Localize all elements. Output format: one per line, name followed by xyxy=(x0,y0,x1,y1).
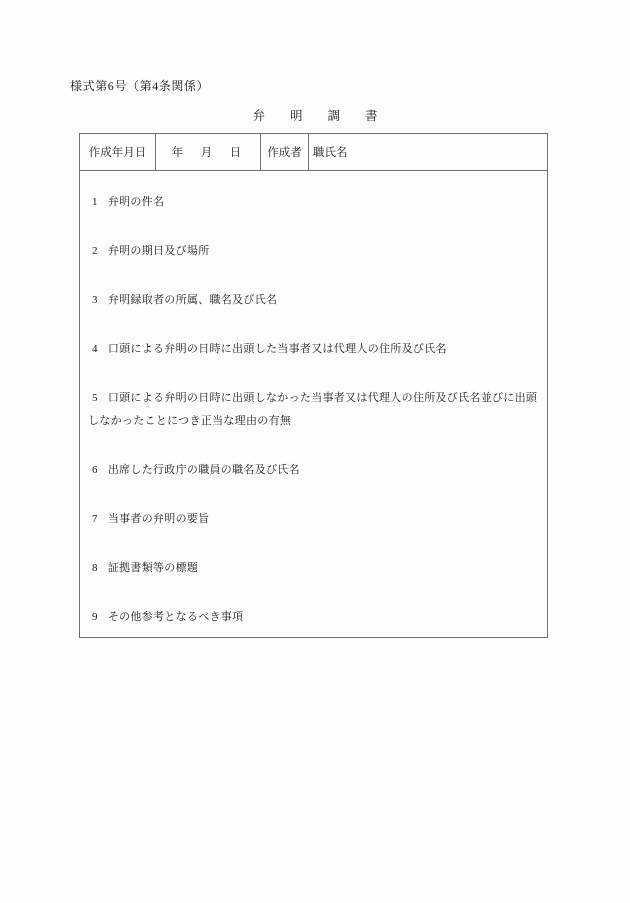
item-number: 9 xyxy=(92,611,98,623)
form-item-6: 6出席した行政庁の職員の職名及び氏名 xyxy=(88,459,541,482)
item-label: 弁明の期日及び場所 xyxy=(108,245,210,257)
form-item-5: 5口頭による弁明の日時に出頭しなかった当事者又は代理人の住所及び氏名並びに出頭し… xyxy=(88,387,541,433)
item-label: 出席した行政庁の職員の職名及び氏名 xyxy=(108,464,300,476)
document-title: 弁 明 調 書 xyxy=(0,106,630,124)
form-number-label: 様式第6号（第4条関係） xyxy=(70,77,209,94)
item-label: 弁明録取者の所属、職名及び氏名 xyxy=(108,294,278,306)
form-item-4: 4口頭による弁明の日時に出頭した当事者又は代理人の住所及び氏名 xyxy=(88,338,541,361)
item-number: 5 xyxy=(92,392,98,404)
item-label: 口頭による弁明の日時に出頭した当事者又は代理人の住所及び氏名 xyxy=(108,343,447,355)
form-item-7: 7当事者の弁明の要旨 xyxy=(88,508,541,531)
item-label: 当事者の弁明の要旨 xyxy=(108,513,210,525)
item-number: 3 xyxy=(92,294,98,306)
item-number: 4 xyxy=(92,343,98,355)
item-number: 1 xyxy=(92,196,98,208)
form-item-1: 1弁明の件名 xyxy=(88,191,541,214)
form-item-2: 2弁明の期日及び場所 xyxy=(88,240,541,263)
creator-label-cell: 作成者 xyxy=(261,134,309,170)
item-number: 8 xyxy=(92,562,98,574)
document-page: 様式第6号（第4条関係） 弁 明 調 書 作成年月日 年 月 日 作成者 職氏名… xyxy=(0,0,630,903)
item-label: 証拠書類等の標題 xyxy=(108,562,198,574)
items-container: 1弁明の件名2弁明の期日及び場所3弁明録取者の所属、職名及び氏名4口頭による弁明… xyxy=(80,171,547,629)
creator-name-cell: 職氏名 xyxy=(309,134,547,170)
date-value-cell: 年 月 日 xyxy=(156,134,261,170)
form-item-8: 8証拠書類等の標題 xyxy=(88,557,541,580)
item-number: 6 xyxy=(92,464,98,476)
item-label: 弁明の件名 xyxy=(108,196,165,208)
item-number: 7 xyxy=(92,513,98,525)
item-number: 2 xyxy=(92,245,98,257)
form-item-3: 3弁明録取者の所属、職名及び氏名 xyxy=(88,289,541,312)
item-label: 口頭による弁明の日時に出頭しなかった当事者又は代理人の住所及び氏名並びに出頭しな… xyxy=(88,392,537,427)
statement-form-table: 作成年月日 年 月 日 作成者 職氏名 1弁明の件名2弁明の期日及び場所3弁明録… xyxy=(79,133,548,638)
item-label: その他参考となるべき事項 xyxy=(108,611,244,623)
meta-row: 作成年月日 年 月 日 作成者 職氏名 xyxy=(80,134,547,171)
created-date-label-cell: 作成年月日 xyxy=(80,134,156,170)
form-item-9: 9その他参考となるべき事項 xyxy=(88,606,541,629)
